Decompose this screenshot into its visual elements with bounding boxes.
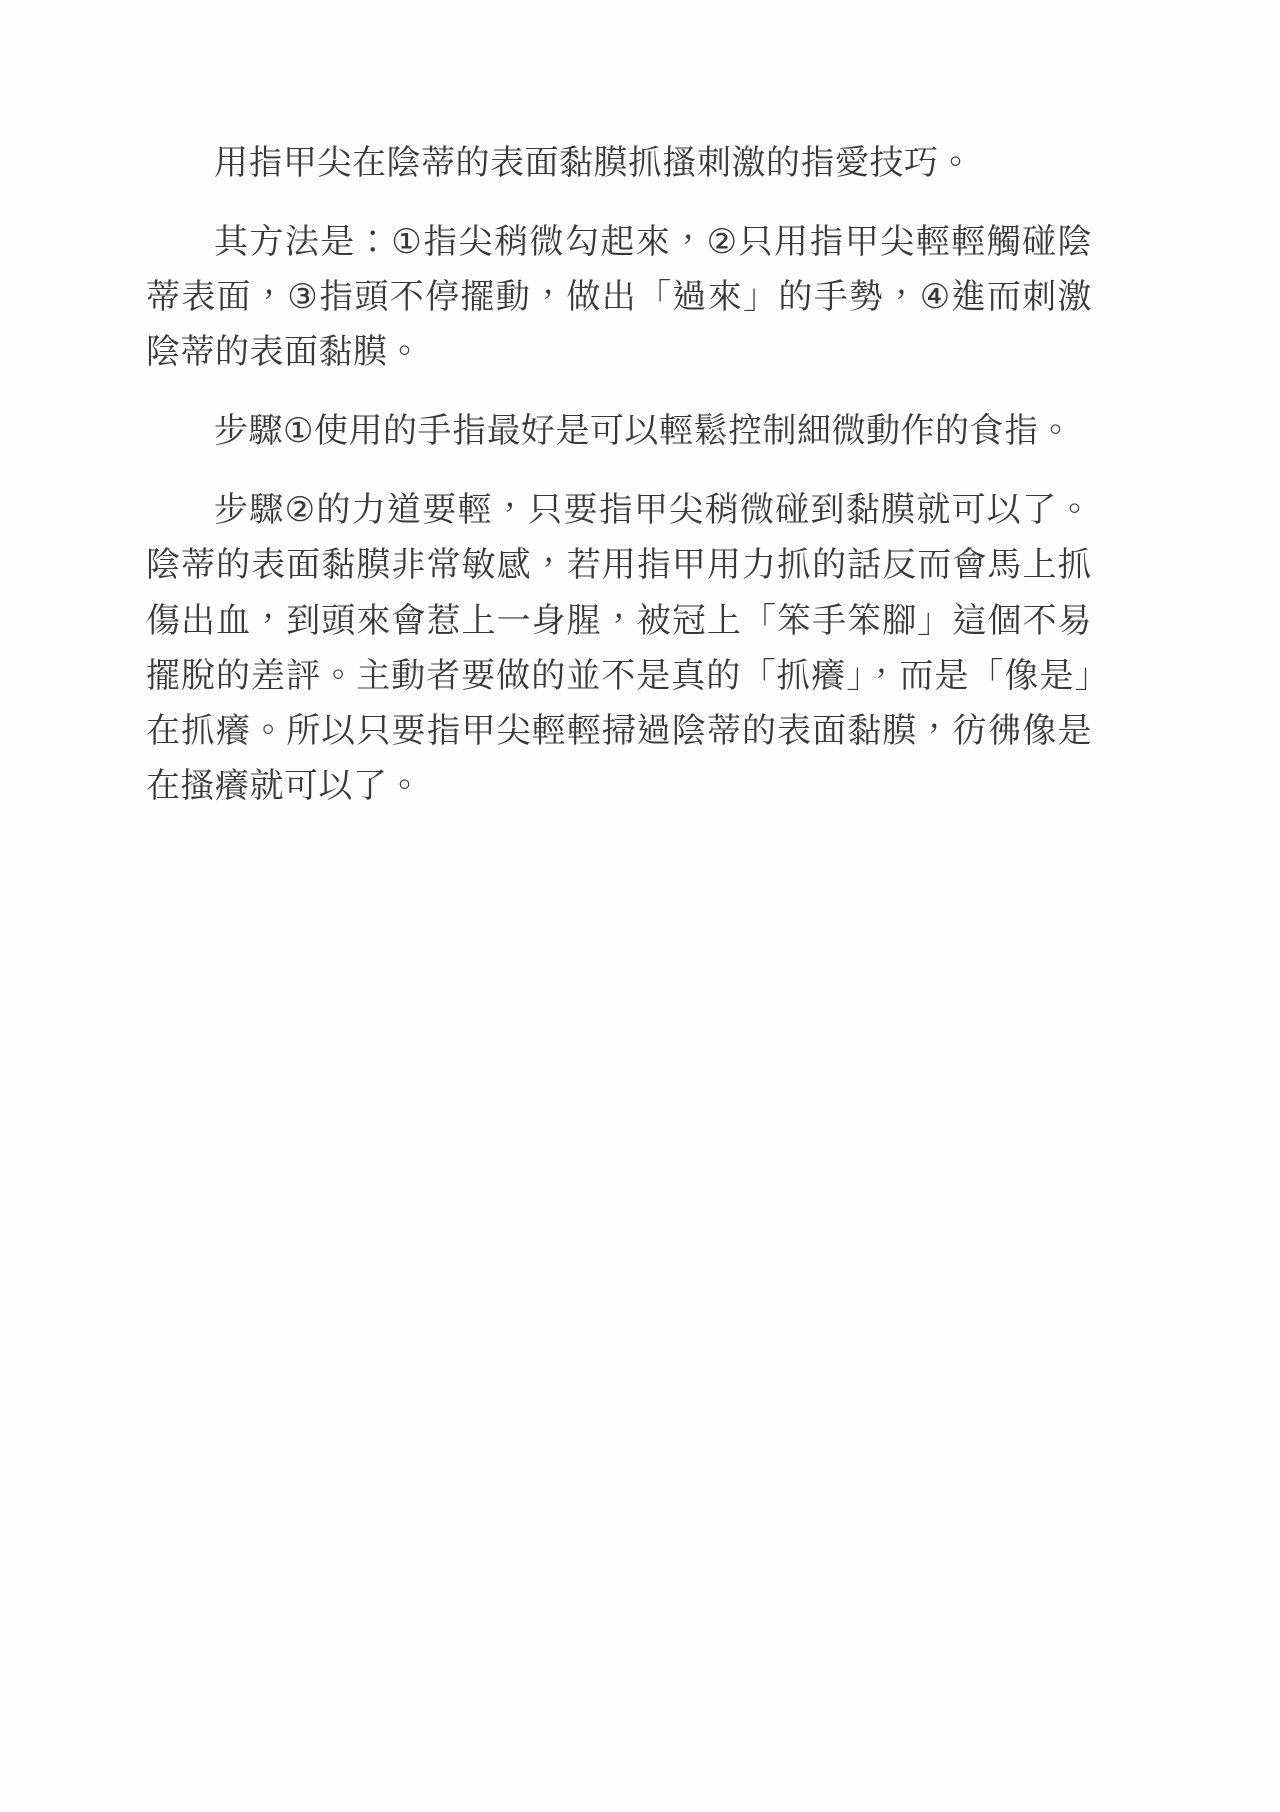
- document-page: 用指甲尖在陰蒂的表面黏膜抓搔刺激的指愛技巧。 其方法是：①指尖稍微勾起來，②只用…: [0, 0, 1280, 1812]
- paragraph-step1-note: 步驟①使用的手指最好是可以輕鬆控制細微動作的食指。: [146, 404, 1092, 459]
- paragraph-intro: 用指甲尖在陰蒂的表面黏膜抓搔刺激的指愛技巧。: [146, 136, 1092, 191]
- paragraph-step2-note: 步驟②的力道要輕，只要指甲尖稍微碰到黏膜就可以了。陰蒂的表面黏膜非常敏感，若用指…: [146, 483, 1092, 813]
- paragraph-method-steps: 其方法是：①指尖稍微勾起來，②只用指甲尖輕輕觸碰陰蒂表面，③指頭不停擺動，做出「…: [146, 215, 1092, 380]
